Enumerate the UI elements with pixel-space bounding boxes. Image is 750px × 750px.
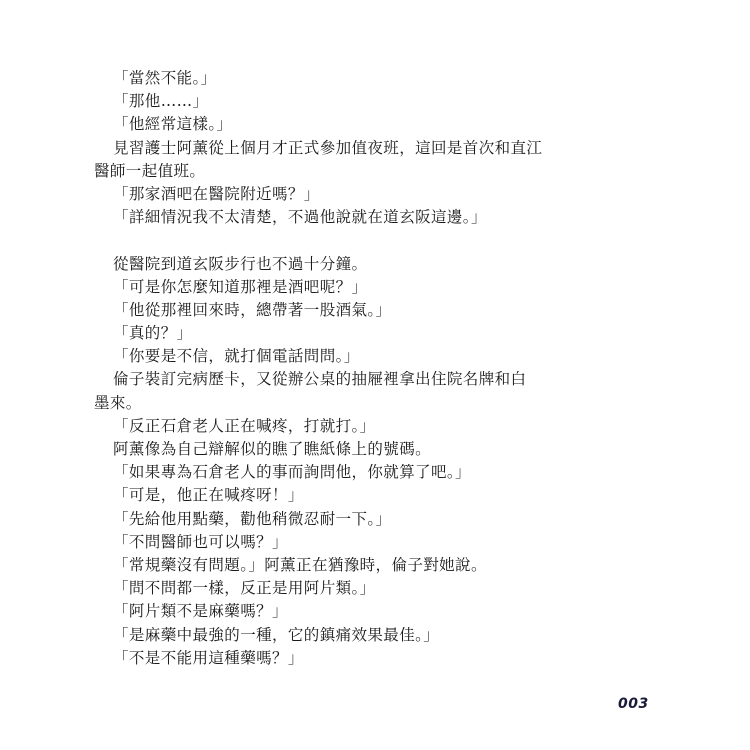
text-line: 醫師一起值班。 bbox=[94, 160, 654, 183]
text-line: 「可是你怎麼知道那裡是酒吧呢？」 bbox=[94, 276, 654, 299]
text-line: 倫子裝訂完病歷卡，又從辦公桌的抽屜裡拿出住院名牌和白 bbox=[94, 368, 654, 391]
text-line: 「常規藥沒有問題。」阿薰正在猶豫時，倫子對她說。 bbox=[94, 554, 654, 577]
section-break bbox=[94, 229, 654, 252]
text-line: 從醫院到道玄阪步行也不過十分鐘。 bbox=[94, 253, 654, 276]
text-line: 「你要是不信，就打個電話問問。」 bbox=[94, 345, 654, 368]
text-line: 「反正石倉老人正在喊疼，打就打。」 bbox=[94, 415, 654, 438]
body-text: 「當然不能。」 「那他……」 「他經常這樣。」 見習護士阿薰從上個月才正式參加值… bbox=[94, 67, 654, 670]
text-line: 「真的？」 bbox=[94, 322, 654, 345]
text-line: 「不問醫師也可以嗎？」 bbox=[94, 531, 654, 554]
text-line: 「那家酒吧在醫院附近嗎？」 bbox=[94, 183, 654, 206]
text-line: 「如果專為石倉老人的事而詢問他，你就算了吧。」 bbox=[94, 461, 654, 484]
text-line: 「那他……」 bbox=[94, 90, 654, 113]
text-line: 墨來。 bbox=[94, 392, 654, 415]
page-number: 003 bbox=[618, 696, 649, 712]
text-line: 「不是不能用這種藥嗎？」 bbox=[94, 647, 654, 670]
text-line: 「他從那裡回來時，總帶著一股酒氣。」 bbox=[94, 299, 654, 322]
text-line: 「他經常這樣。」 bbox=[94, 113, 654, 136]
text-line: 「問不問都一樣，反正是用阿片類。」 bbox=[94, 577, 654, 600]
book-page: 「當然不能。」 「那他……」 「他經常這樣。」 見習護士阿薰從上個月才正式參加值… bbox=[0, 0, 750, 750]
text-line: 阿薰像為自己辯解似的瞧了瞧紙條上的號碼。 bbox=[94, 438, 654, 461]
text-line: 「詳細情況我不太清楚，不過他說就在道玄阪這邊。」 bbox=[94, 206, 654, 229]
text-line: 「阿片類不是麻藥嗎？」 bbox=[94, 600, 654, 623]
text-line: 「可是，他正在喊疼呀！」 bbox=[94, 484, 654, 507]
text-line: 「是麻藥中最強的一種，它的鎮痛效果最佳。」 bbox=[94, 624, 654, 647]
text-line: 「先給他用點藥，勸他稍微忍耐一下。」 bbox=[94, 508, 654, 531]
text-line: 見習護士阿薰從上個月才正式參加值夜班，這回是首次和直江 bbox=[94, 137, 654, 160]
text-line: 「當然不能。」 bbox=[94, 67, 654, 90]
